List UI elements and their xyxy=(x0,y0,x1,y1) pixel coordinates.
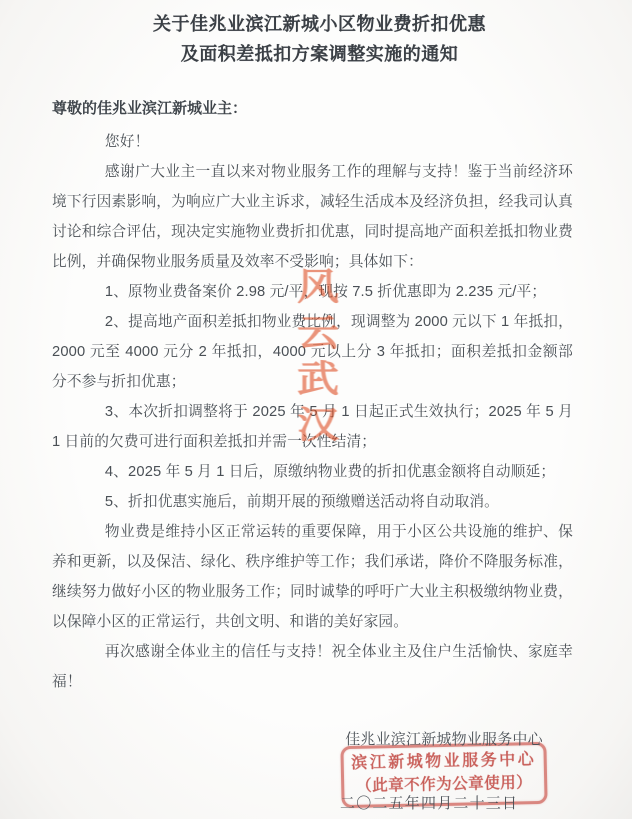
paragraph-commitment: 物业费是维持小区正常运转的重要保障，用于小区公共设施的维护、保养和更新，以及保洁… xyxy=(52,517,573,637)
signature-company: 佳兆业滨江新城物业服务中心 xyxy=(341,730,547,750)
notice-title: 关于佳兆业滨江新城小区物业费折扣优惠 及面积差抵扣方案调整实施的通知 xyxy=(52,9,573,69)
notice-page: 风 云 武 汉 关于佳兆业滨江新城小区物业费折扣优惠 及面积差抵扣方案调整实施的… xyxy=(0,0,632,819)
list-item-1: 1、原物业费备案价 2.98 元/平，现按 7.5 折优惠即为 2.235 元/… xyxy=(52,277,573,307)
salutation: 尊敬的佳兆业滨江新城业主： xyxy=(52,94,573,124)
notice-body: 关于佳兆业滨江新城小区物业费折扣优惠 及面积差抵扣方案调整实施的通知 尊敬的佳兆… xyxy=(52,0,573,697)
paragraph-greeting: 您好！ xyxy=(52,127,573,157)
list-item-4: 4、2025 年 5 月 1 日后，原缴纳物业费的折扣优惠金额将自动顺延； xyxy=(52,457,573,487)
paragraph-thanks: 再次感谢全体业主的信任与支持！祝全体业主及住户生活愉快、家庭幸福！ xyxy=(52,637,573,697)
list-item-3: 3、本次折扣调整将于 2025 年 5 月 1 日起正式生效执行；2025 年 … xyxy=(52,397,573,457)
notice-title-line1: 关于佳兆业滨江新城小区物业费折扣优惠 xyxy=(66,9,573,39)
signature-date: 二〇二五年四月二十三日 xyxy=(340,794,525,814)
notice-title-line2: 及面积差抵扣方案调整实施的通知 xyxy=(66,39,573,69)
list-item-2: 2、提高地产面积差抵扣物业费比例，现调整为 2000 元以下 1 年抵扣，200… xyxy=(52,307,573,397)
list-item-5: 5、折扣优惠实施后，前期开展的预缴赠送活动将自动取消。 xyxy=(52,487,573,517)
paragraph-intro: 感谢广大业主一直以来对物业服务工作的理解与支持！鉴于当前经济环境下行因素影响，为… xyxy=(52,157,573,277)
